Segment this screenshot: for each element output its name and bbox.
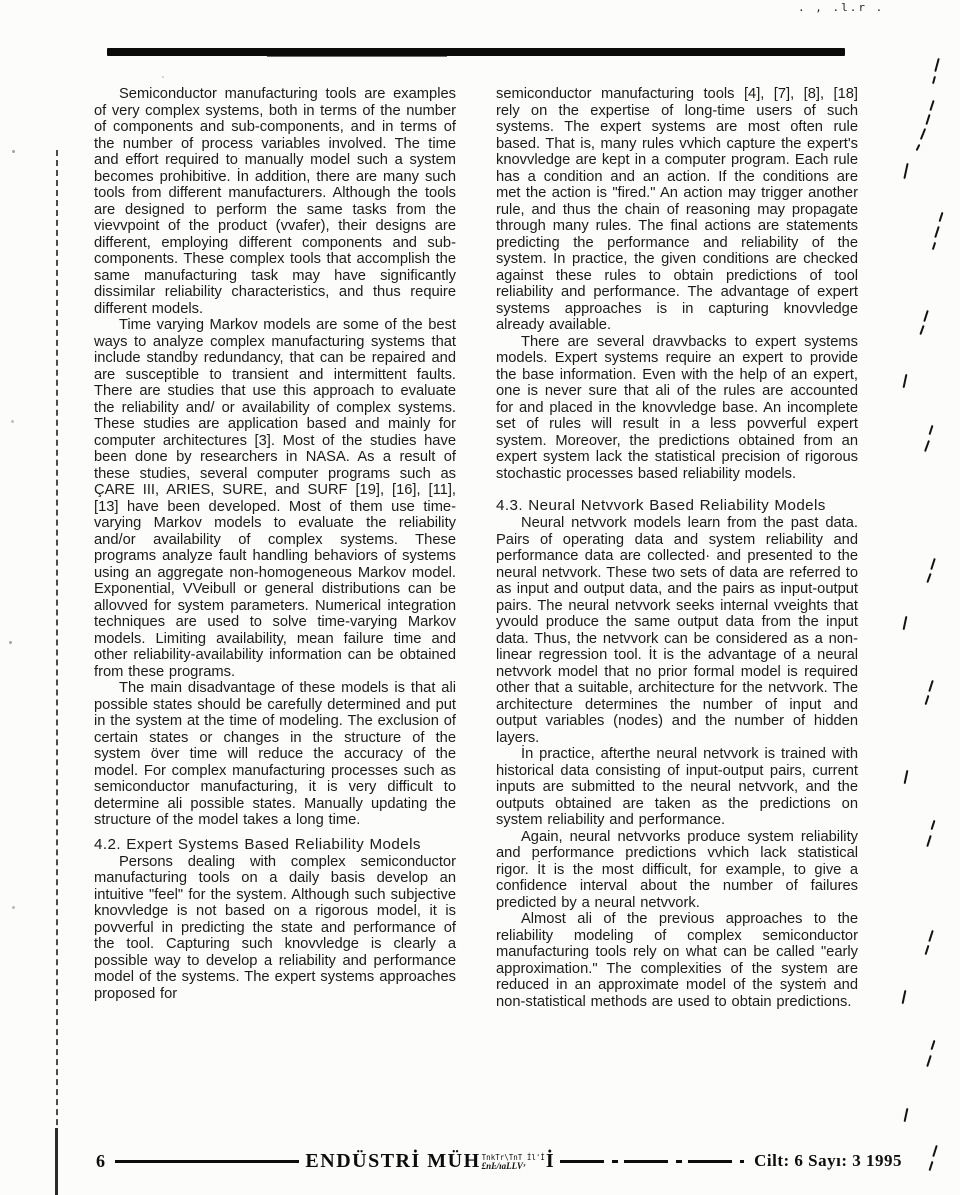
- paragraph: İn practice, afterthe neural netvvork is…: [496, 746, 858, 829]
- scan-artifact: [932, 76, 936, 84]
- journal-logo: ENDÜSTRİ MÜH TnkTr\TnT İl'İ £nĿ/ıaLLVᵌ İ: [305, 1150, 553, 1173]
- paragraph: Time varying Markov models are some of t…: [94, 317, 456, 680]
- binding-crease-line: [56, 150, 58, 1195]
- scan-artifact: [931, 820, 936, 830]
- scan-artifact: [929, 425, 934, 435]
- scan-artifact: [903, 374, 908, 388]
- journal-logo-smallprint-bottom: £nĿ/ıaLLVᵌ: [482, 1162, 545, 1171]
- scan-artifact: [934, 226, 940, 238]
- scan-artifact: [928, 680, 934, 692]
- scan-artifact: [903, 163, 908, 179]
- journal-logo-smallprint: TnkTr\TnT İl'İ £nĿ/ıaLLVᵌ: [482, 1154, 545, 1171]
- scan-noise-top-right: . , .l.r .: [798, 1, 948, 14]
- scan-artifact: [930, 558, 936, 570]
- journal-logo-text: ENDÜSTRİ MÜH: [305, 1150, 480, 1173]
- scanned-journal-page: . , .l.r . Semiconductor manufacturing t…: [0, 0, 960, 1195]
- paragraph: Almost ali of the previous approaches to…: [496, 911, 858, 1010]
- scan-artifact: [925, 114, 930, 125]
- scan-artifact: [934, 58, 940, 72]
- scan-speck: [12, 906, 15, 909]
- scan-artifact: [926, 835, 932, 847]
- scan-speck: [11, 420, 14, 423]
- section-heading-4-3: 4.3. Neural Netvvork Based Reliability M…: [496, 497, 858, 514]
- scan-artifact: [939, 212, 944, 222]
- page-footer: 6 ENDÜSTRİ MÜH TnkTr\TnT İl'İ £nĿ/ıaLLVᵌ…: [96, 1148, 902, 1174]
- right-column: semiconductor manufacturing tools [4], […: [496, 86, 858, 1010]
- scan-artifact: [904, 770, 909, 784]
- two-column-text: Semiconductor manufacturing tools are ex…: [94, 86, 858, 1010]
- binding-crease-line-bottom: [55, 1128, 58, 1195]
- scan-artifact: [929, 100, 934, 111]
- paragraph: Persons dealing with complex semiconduct…: [94, 854, 456, 1003]
- paragraph: semiconductor manufacturing tools [4], […: [496, 86, 858, 334]
- scan-artifact: [925, 945, 930, 955]
- scan-speck: [162, 76, 164, 78]
- scan-artifact: [929, 1161, 934, 1171]
- paragraph: Neural netvvork models learn from the pa…: [496, 515, 858, 746]
- scan-artifact: [925, 695, 930, 705]
- section-heading-4-2: 4.2. Expert Systems Based Reliability Mo…: [94, 836, 456, 853]
- scan-artifact: [903, 616, 908, 630]
- paragraph: The main disadvantage of these models is…: [94, 680, 456, 829]
- scan-artifact: [924, 440, 930, 452]
- paragraph: Semiconductor manufacturing tools are ex…: [94, 86, 456, 317]
- footer-rule-right: [560, 1160, 744, 1163]
- page-number: 6: [96, 1151, 105, 1172]
- scan-artifact: [916, 144, 921, 151]
- scan-artifact: [923, 310, 929, 322]
- scan-artifact: [902, 990, 907, 1004]
- left-column: Semiconductor manufacturing tools are ex…: [94, 86, 456, 1010]
- scan-artifact: [919, 325, 924, 335]
- scan-artifact: [932, 242, 936, 250]
- paragraph: Again, neural netvvorks produce system r…: [496, 829, 858, 912]
- scan-artifact: [926, 573, 931, 583]
- scan-artifact: [904, 1108, 909, 1122]
- footer-rule-left: [115, 1160, 299, 1163]
- scan-artifact: [926, 1055, 932, 1067]
- scan-speck: [9, 641, 12, 644]
- scan-speck: [12, 150, 15, 153]
- issue-info: Cilt: 6 Sayı: 3 1995: [754, 1151, 902, 1171]
- paragraph: There are several dravvbacks to expert s…: [496, 334, 858, 483]
- journal-logo-end: İ: [546, 1150, 554, 1173]
- scan-artifact: [931, 1040, 936, 1050]
- scan-artifact: [920, 128, 926, 140]
- scan-artifact: [928, 930, 934, 942]
- scan-artifact: [932, 1145, 938, 1157]
- top-scan-bar: [107, 48, 845, 56]
